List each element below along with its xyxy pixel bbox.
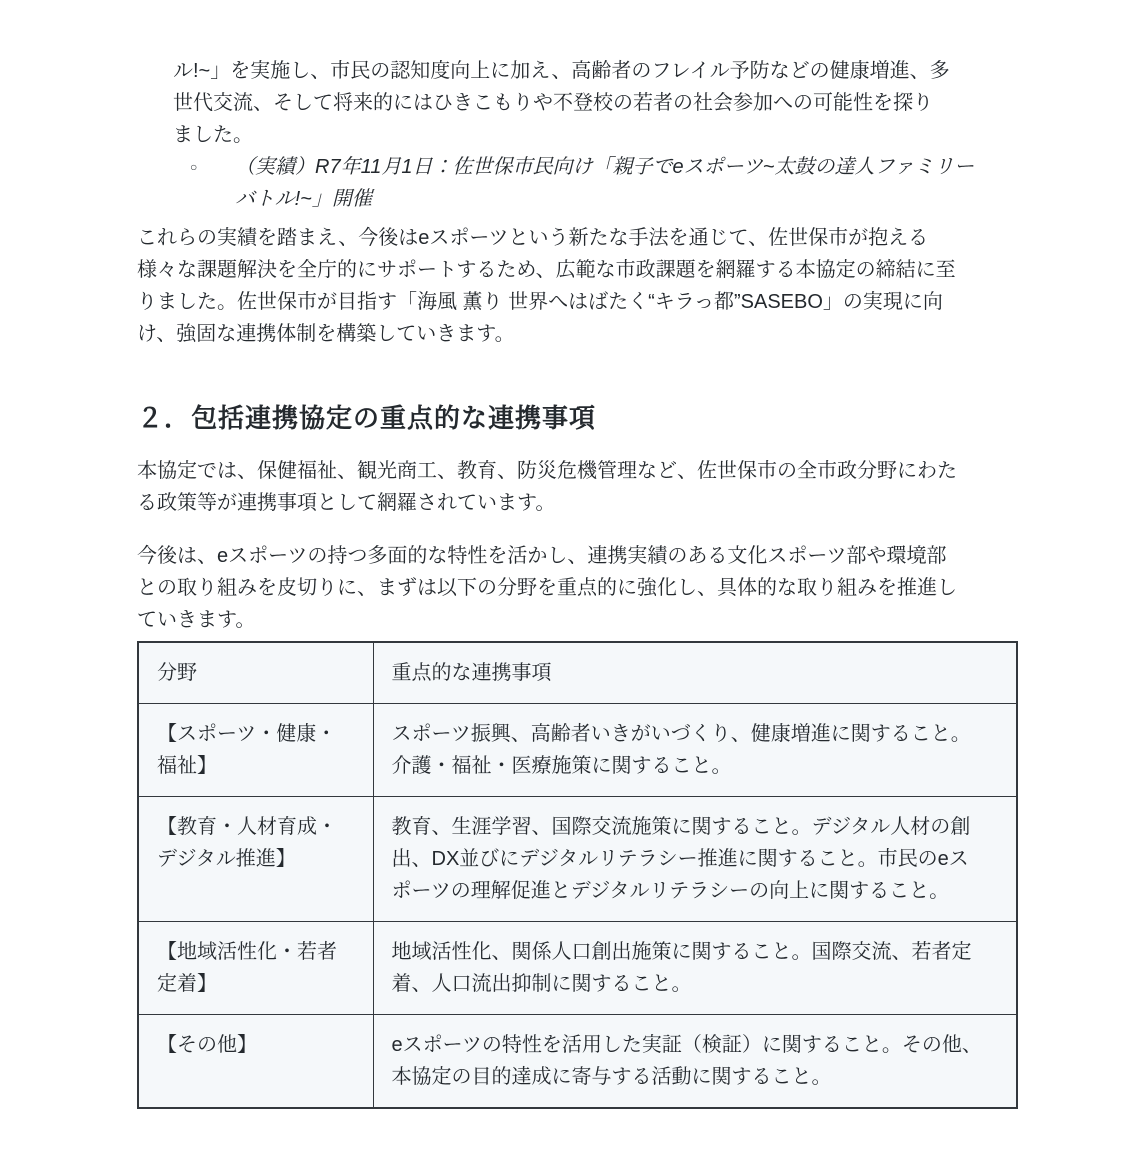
table-header-field: 分野 bbox=[138, 642, 373, 704]
items-cell: 教育、生涯学習、国際交流施策に関すること。デジタル人材の創 出、DX並びにデジタ… bbox=[373, 797, 1017, 922]
cooperation-table: 分野 重点的な連携事項 【スポーツ・健康・ 福祉】 スポーツ振興、高齢者いきがい… bbox=[137, 641, 1018, 1109]
field-cell: 【教育・人材育成・ デジタル推進】 bbox=[138, 797, 373, 922]
table-row: 【スポーツ・健康・ 福祉】 スポーツ振興、高齢者いきがいづくり、健康増進に関する… bbox=[138, 704, 1017, 797]
section-paragraph-1: 本協定では、保健福祉、観光商工、教育、防災危機管理など、佐世保市の全市政分野にわ… bbox=[137, 455, 1097, 519]
circle-list-marker-icon: ○ bbox=[190, 151, 235, 215]
field-cell: 【地域活性化・若者 定着】 bbox=[138, 922, 373, 1015]
table-header-items: 重点的な連携事項 bbox=[373, 642, 1017, 704]
table-row: 【その他】 eスポーツの特性を活用した実証（検証）に関すること。その他、 本協定… bbox=[138, 1015, 1017, 1109]
field-cell: 【スポーツ・健康・ 福祉】 bbox=[138, 704, 373, 797]
items-cell: スポーツ振興、高齢者いきがいづくり、健康増進に関すること。 介護・福祉・医療施策… bbox=[373, 704, 1017, 797]
achievement-item-text: （実績）R7年11月1日：佐世保市民向け「親子でeスポーツ~太鼓の達人ファミリー… bbox=[235, 151, 1050, 215]
intro-continuation-paragraph: ル!~」を実施し、市民の認知度向上に加え、高齢者のフレイル予防などの健康増進、多… bbox=[173, 55, 1073, 151]
table-row: 【教育・人材育成・ デジタル推進】 教育、生涯学習、国際交流施策に関すること。デ… bbox=[138, 797, 1017, 922]
section-paragraph-2: 今後は、eスポーツの持つ多面的な特性を活かし、連携実績のある文化スポーツ部や環境… bbox=[137, 540, 1097, 636]
document-page: ル!~」を実施し、市民の認知度向上に加え、高齢者のフレイル予防などの健康増進、多… bbox=[0, 0, 1125, 1109]
field-cell: 【その他】 bbox=[138, 1015, 373, 1109]
table-header-row: 分野 重点的な連携事項 bbox=[138, 642, 1017, 704]
summary-paragraph: これらの実績を踏まえ、今後はeスポーツという新たな手法を通じて、佐世保市が抱える… bbox=[137, 222, 1097, 350]
items-cell: 地域活性化、関係人口創出施策に関すること。国際交流、若者定 着、人口流出抑制に関… bbox=[373, 922, 1017, 1015]
items-cell: eスポーツの特性を活用した実証（検証）に関すること。その他、 本協定の目的達成に… bbox=[373, 1015, 1017, 1109]
table-row: 【地域活性化・若者 定着】 地域活性化、関係人口創出施策に関すること。国際交流、… bbox=[138, 922, 1017, 1015]
achievement-list-item: ○ （実績）R7年11月1日：佐世保市民向け「親子でeスポーツ~太鼓の達人ファミ… bbox=[190, 151, 1050, 215]
section-heading: ２．包括連携協定の重点的な連携事項 bbox=[137, 400, 1125, 436]
